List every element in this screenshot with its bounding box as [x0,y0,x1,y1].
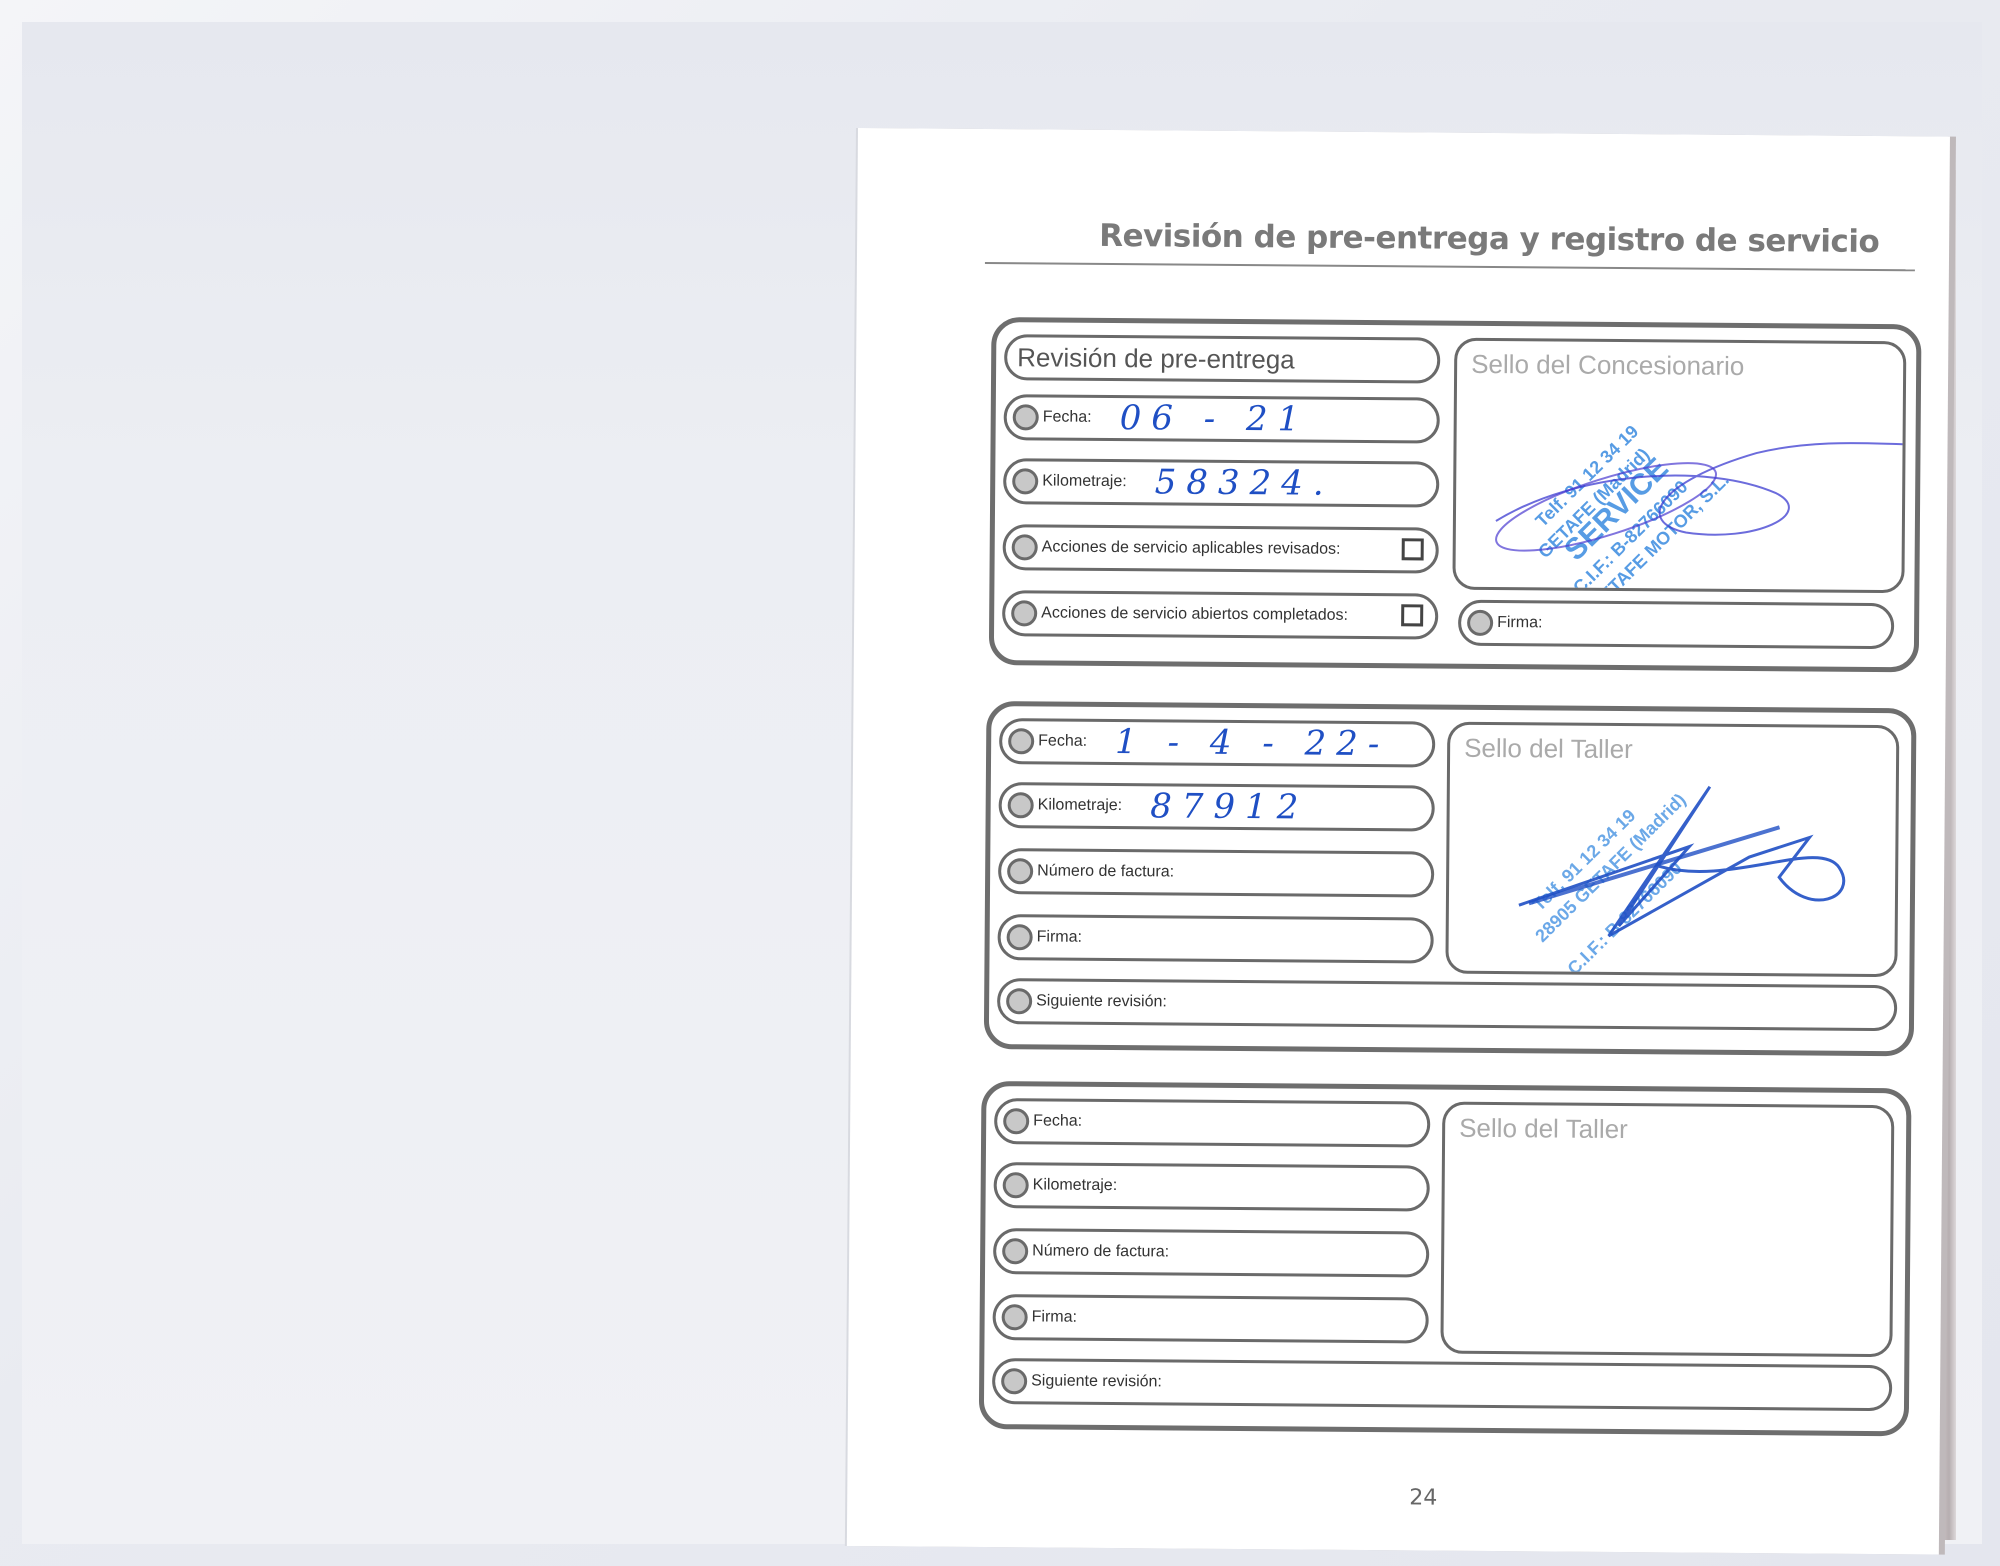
handwritten-mileage: 87912 [1150,786,1308,827]
completed-checkbox[interactable] [1401,604,1423,626]
bullet-icon [1001,1368,1027,1394]
field-label: Fecha: [1033,1112,1082,1130]
workshop-stamp-icon: Telf. 91 12 34 19 28905 GETAFE (Madrid) … [1448,725,1896,974]
bullet-icon [1012,468,1038,494]
service1-date-field[interactable]: Fecha: 1 - 4 - 22- [999,718,1435,767]
bullet-icon [1013,404,1039,430]
service2-next-revision-field[interactable]: Siguiente revisión: [992,1358,1892,1411]
field-label: Siguiente revisión: [1031,1372,1162,1391]
field-label: Firma: [1497,614,1542,632]
reviewed-checkbox[interactable] [1402,538,1424,560]
bullet-icon [1008,728,1034,754]
field-label: Fecha: [1043,408,1092,426]
service-record-1-section: Fecha: 1 - 4 - 22- Kilometraje: 87912 Nú… [984,701,1917,1056]
title-divider [985,262,1915,271]
service2-mileage-field[interactable]: Kilometraje: [994,1162,1430,1211]
field-label: Acciones de servicio aplicables revisado… [1042,538,1341,558]
bullet-icon [1003,1172,1029,1198]
field-label: Kilometraje: [1042,472,1127,491]
field-label: Siguiente revisión: [1036,992,1167,1011]
workshop-stamp-box: Sello del Taller [1440,1102,1894,1358]
field-label: Firma: [1032,1308,1077,1326]
service-actions-completed-field: Acciones de servicio abiertos completado… [1002,590,1438,639]
bullet-icon [1467,610,1493,636]
pre-delivery-date-field[interactable]: Fecha: 06 - 21 [1004,394,1440,443]
field-label: Firma: [1037,928,1082,946]
bullet-icon [1011,600,1037,626]
bullet-icon [1002,1304,1028,1330]
page-title: Revisión de pre-entrega y registro de se… [1099,218,1879,260]
bullet-icon [1006,988,1032,1014]
service1-invoice-field[interactable]: Número de factura: [998,848,1434,897]
bullet-icon [1008,792,1034,818]
field-label: Kilometraje: [1038,796,1123,815]
field-label: Kilometraje: [1033,1176,1118,1195]
handwritten-date: 06 - 21 [1119,398,1309,439]
service-record-2-section: Fecha: Kilometraje: Número de factura: F… [979,1081,1912,1436]
service-actions-reviewed-field: Acciones de servicio aplicables revisado… [1003,524,1439,573]
service1-signature-field[interactable]: Firma: [997,914,1433,963]
page-number: 24 [1409,1485,1437,1510]
field-label: Fecha: [1038,732,1087,750]
bullet-icon [1012,534,1038,560]
field-label: Número de factura: [1037,862,1174,881]
stamp-title: Sello del Taller [1459,1113,1628,1145]
field-label: Acciones de servicio abiertos completado… [1041,604,1348,624]
pre-delivery-heading: Revisión de pre-entrega [1004,334,1440,383]
bullet-icon [1007,924,1033,950]
dealer-signature-field[interactable]: Firma: [1458,600,1894,649]
handwritten-mileage: 58324. [1155,462,1334,503]
document-page: Revisión de pre-entrega y registro de se… [847,128,1950,1555]
pre-delivery-section: Revisión de pre-entrega Fecha: 06 - 21 K… [989,317,1922,672]
pre-delivery-mileage-field[interactable]: Kilometraje: 58324. [1003,458,1439,507]
dealer-stamp-box: Sello del Concesionario Telf. 91 12 34 1… [1452,338,1906,594]
service2-invoice-field[interactable]: Número de factura: [993,1228,1429,1277]
service2-date-field[interactable]: Fecha: [994,1098,1430,1147]
service1-mileage-field[interactable]: Kilometraje: 87912 [999,782,1435,831]
field-label: Número de factura: [1032,1242,1169,1261]
bullet-icon [1007,858,1033,884]
bullet-icon [1003,1108,1029,1134]
handwritten-date: 1 - 4 - 22- [1115,722,1390,764]
bullet-icon [1002,1238,1028,1264]
service2-signature-field[interactable]: Firma: [992,1294,1428,1343]
service1-next-revision-field[interactable]: Siguiente revisión: [997,978,1897,1031]
workshop-stamp-box: Sello del Taller Telf. 91 12 34 19 28905… [1445,722,1899,978]
dealer-stamp-icon: Telf. 91 12 34 19 GETAFE (Madrid) SERVIC… [1455,341,1903,590]
